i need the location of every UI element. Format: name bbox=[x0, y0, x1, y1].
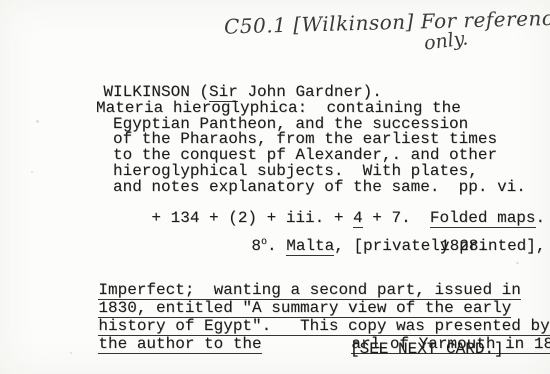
title-line-5: hieroglyphical subjects. With plates, bbox=[113, 163, 478, 179]
paper-speckle bbox=[36, 120, 39, 123]
title-line-4: to the conquest pf Alexander,. and other bbox=[113, 147, 497, 163]
imprint-place-underlined: Malta bbox=[286, 237, 334, 256]
shelfmark-annotation-only: only. bbox=[423, 27, 469, 54]
title-line-6: and notes explanatory of the same. pp. v… bbox=[113, 179, 526, 195]
paper-speckle bbox=[31, 171, 33, 173]
see-next-card-note: [SEE NEXT CARD.] bbox=[350, 341, 504, 357]
format-separator: . bbox=[267, 237, 286, 255]
paper-speckle bbox=[516, 262, 519, 264]
title-line-3: of the Pharaohs, from the earliest times bbox=[113, 131, 497, 147]
catalog-card: C50.1 [Wilkinson] For reference. only. W… bbox=[0, 0, 550, 374]
note-line-4-left-text: the author to the bbox=[98, 335, 261, 354]
shelfmark-annotation: C50.1 [Wilkinson] For reference. bbox=[224, 5, 550, 38]
imprint-year: 1828. bbox=[440, 238, 488, 254]
format-number: 8 bbox=[251, 237, 261, 255]
paper-speckle bbox=[70, 352, 72, 354]
title-line-1: Materia hieroglyphica: containing the bbox=[96, 100, 461, 116]
format-superscript: o bbox=[261, 237, 267, 248]
note-line-4-left: the author to the bbox=[60, 320, 262, 368]
